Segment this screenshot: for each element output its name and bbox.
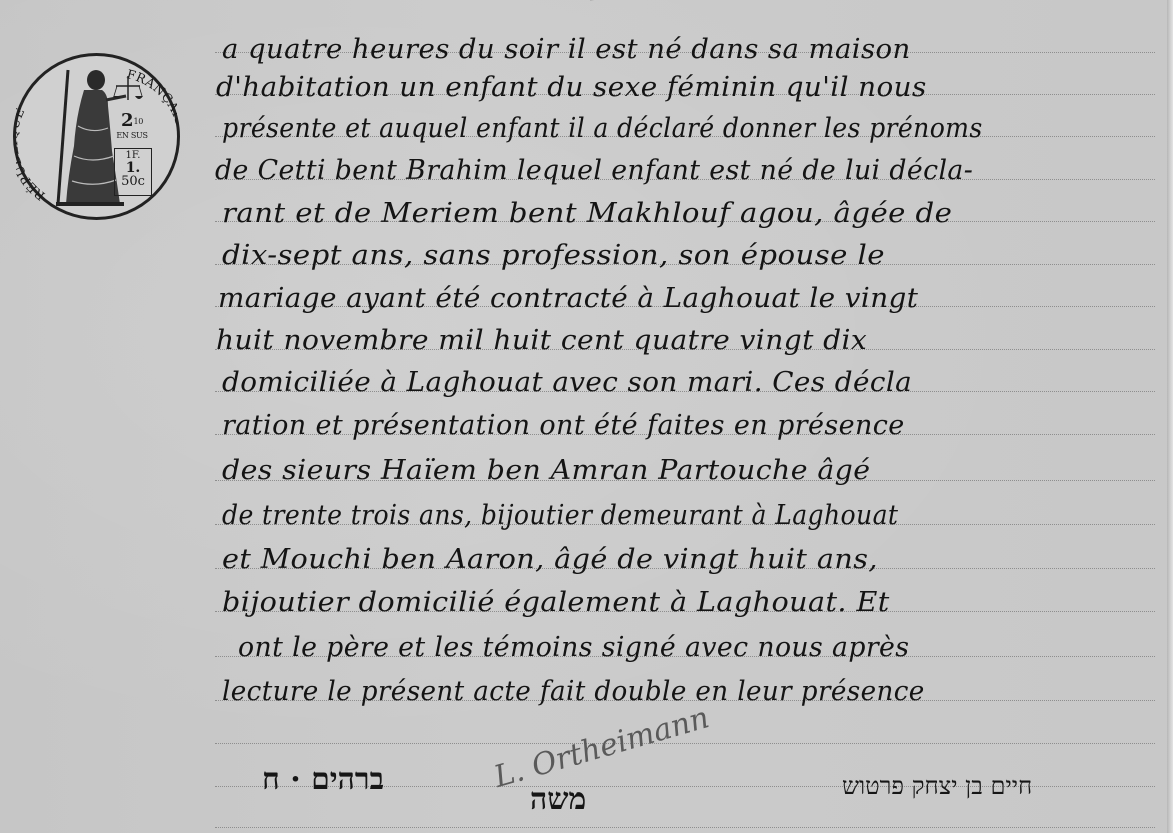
paper-crease <box>590 0 1017 1</box>
ruled-line <box>215 743 1155 744</box>
text-line: domiciliée à Laghouat avec son mari. Ces… <box>222 367 912 398</box>
stamp-legend-left: RÉPUBLIQUE <box>16 105 48 203</box>
text-line: des sieurs Haïem ben Amran Partouche âgé <box>222 455 870 486</box>
stamp-value: 210 EN SUS <box>110 112 154 140</box>
document-page: RÉPUBLIQUE FRANÇAISE 210 EN SU <box>0 0 1173 833</box>
text-line: ration et présentation ont été faites en… <box>222 410 905 441</box>
svg-text:RÉPUBLIQUE: RÉPUBLIQUE <box>16 105 48 203</box>
text-line: rant et de Meriem bent Makhlouf agou, âg… <box>222 198 952 229</box>
page-edge <box>1167 0 1173 833</box>
text-line: mariage ayant été contracté à Laghouat l… <box>218 283 918 314</box>
fiscal-stamp: RÉPUBLIQUE FRANÇAISE 210 EN SU <box>13 53 180 220</box>
ruled-line <box>215 827 1155 828</box>
stamp-price-box: 1F. 1. 50c <box>114 148 152 196</box>
signature-witness-haiem: חיים בן יצחק פרטוש <box>842 772 1032 801</box>
text-line: et Mouchi ben Aaron, âgé de vingt huit a… <box>222 544 878 575</box>
text-line: dix-sept ans, sans profession, son épous… <box>222 240 885 271</box>
text-line: d'habitation un enfant du sexe féminin q… <box>216 72 927 103</box>
signature-civil-officer: L. Ortheimann <box>490 700 713 795</box>
text-line: a quatre heures du soir il est né dans s… <box>222 34 911 65</box>
text-line: bijoutier domicilié également à Laghouat… <box>222 587 890 618</box>
text-line: ont le père et les témoins signé avec no… <box>238 632 909 663</box>
text-line: huit novembre mil huit cent quatre vingt… <box>216 325 867 356</box>
text-line: de trente trois ans, bijoutier demeurant… <box>222 500 898 531</box>
text-line: lecture le présent acte fait double en l… <box>222 676 925 707</box>
text-line: présente et auquel enfant il a déclaré d… <box>222 113 983 144</box>
signature-father: ברהים · ח <box>262 762 384 797</box>
text-line: de Cetti bent Brahim lequel enfant est n… <box>215 155 973 186</box>
signature-witness-mouchi: משה <box>530 782 586 817</box>
